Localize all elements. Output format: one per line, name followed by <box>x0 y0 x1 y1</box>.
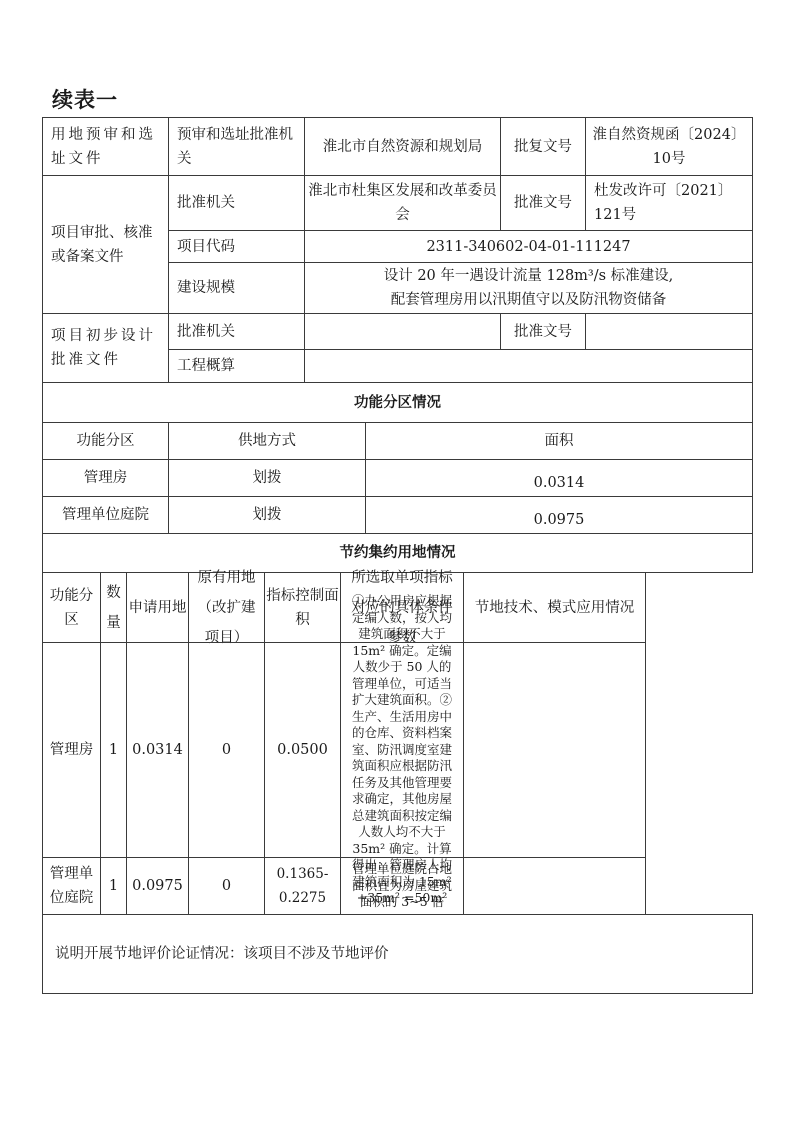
ls-row-2-conditions: 管理单位庭院占地面积宜为房屋建筑面积的 3~5 倍 <box>340 857 464 915</box>
ls-header-existing: 原有用地（改扩建项目） <box>188 572 265 643</box>
project-doc-no-label: 批准文号 <box>500 175 586 231</box>
ls-row-2-control: 0.1365-0.2275 <box>264 857 341 915</box>
zoning-header-zone: 功能分区 <box>42 422 169 460</box>
project-approver-value: 淮北市杜集区发展和改革委员会 <box>304 175 501 231</box>
project-code-label: 项目代码 <box>168 230 305 263</box>
zoning-section-title: 功能分区情况 <box>42 382 753 423</box>
site-approver-label: 预审和选址批准机关 <box>168 117 305 176</box>
prelim-approver-label: 批准机关 <box>168 313 305 350</box>
project-doc-no-value: 杜发改许可〔2021〕121号 <box>585 175 753 231</box>
ls-row-1-count: 1 <box>100 642 127 858</box>
prelim-doc-no-label: 批准文号 <box>500 313 586 350</box>
budget-label: 工程概算 <box>168 349 305 383</box>
site-doc-no-label: 批复文号 <box>500 117 586 176</box>
ls-row-1-control: 0.0500 <box>264 642 341 858</box>
ls-row-2-count: 1 <box>100 857 127 915</box>
page-title: 续表一 <box>52 84 118 114</box>
prelim-doc-no-value <box>585 313 753 350</box>
ls-row-1-applied: 0.0314 <box>126 642 189 858</box>
ls-row-2-existing: 0 <box>188 857 265 915</box>
ls-row-2-applied: 0.0975 <box>126 857 189 915</box>
ls-row-1-zone: 管理房 <box>42 642 101 858</box>
ls-row-1-conditions: ①办公用房应根据定编人数，按人均建筑面积不大于 15m² 确定。定编人数少于 5… <box>340 642 464 858</box>
ls-header-applied: 申请用地 <box>126 572 189 643</box>
scale-value: 设计 20 年一遇设计流量 128m³/s 标准建设, 配套管理房用以汛期值守以… <box>304 262 753 314</box>
ls-row-2-technique <box>463 857 646 915</box>
scale-line-1: 设计 20 年一遇设计流量 128m³/s 标准建设, <box>384 264 674 288</box>
zoning-row-1-zone: 管理房 <box>42 459 169 497</box>
zoning-row-2-zone: 管理单位庭院 <box>42 496 169 534</box>
project-code-value: 2311-340602-04-01-111247 <box>304 230 753 263</box>
zoning-header-area: 面积 <box>365 422 753 460</box>
ls-row-2-zone: 管理单位庭院 <box>42 857 101 915</box>
ls-header-count: 数量 <box>100 572 127 643</box>
budget-value <box>304 349 753 383</box>
site-doc-no-value: 淮自然资规函〔2024〕10号 <box>585 117 753 176</box>
prelim-file-label: 项目初步设计批准文件 <box>42 313 169 383</box>
project-file-label: 项目审批、核准或备案文件 <box>42 175 169 314</box>
site-approver-value: 淮北市自然资源和规划局 <box>304 117 501 176</box>
scale-label: 建设规模 <box>168 262 305 314</box>
ls-header-technique: 节地技术、模式应用情况 <box>463 572 646 643</box>
evaluation-note: 说明开展节地评价论证情况：该项目不涉及节地评价 <box>42 914 753 994</box>
ls-row-1-technique <box>463 642 646 858</box>
zoning-row-1-area: 0.0314 <box>365 459 753 497</box>
ls-header-zone: 功能分区 <box>42 572 101 643</box>
prelim-approver-value <box>304 313 501 350</box>
scale-line-2: 配套管理房用以汛期值守以及防汛物资储备 <box>391 288 667 312</box>
site-file-label: 用地预审和选址文件 <box>42 117 169 176</box>
ls-header-control: 指标控制面积 <box>264 572 341 643</box>
zoning-header-supply: 供地方式 <box>168 422 366 460</box>
zoning-row-2-supply: 划拨 <box>168 496 366 534</box>
project-approver-label: 批准机关 <box>168 175 305 231</box>
ls-row-1-existing: 0 <box>188 642 265 858</box>
zoning-row-2-area: 0.0975 <box>365 496 753 534</box>
zoning-row-1-supply: 划拨 <box>168 459 366 497</box>
